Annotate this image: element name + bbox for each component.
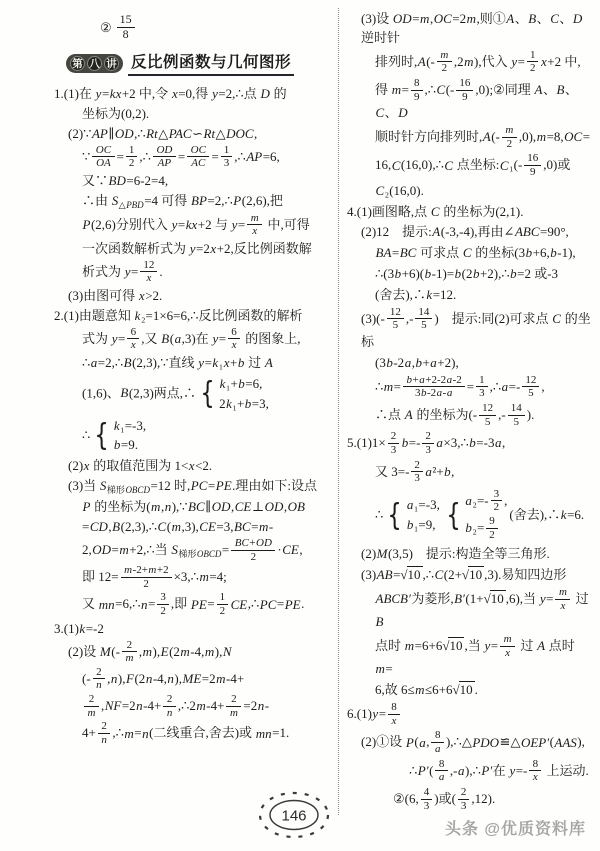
left-column-lines: 1.(1)在 y=kx+2 中,令 x=0,得 y=2,∴点 D 的坐标为(0,… xyxy=(54,85,336,748)
fraction: 2n xyxy=(93,666,106,692)
fraction: 23 xyxy=(411,459,423,485)
text-line: P 的坐标为(m,n),∵BC∥OD,CE⊥OD,OB xyxy=(54,498,336,517)
text-line: (2)12 提示:A(-3,-4),再由∠ABC=90°, xyxy=(347,223,594,242)
section-title: 反比例函数与几何图形 xyxy=(128,50,294,76)
fraction: 6x xyxy=(228,326,240,352)
fraction: 8x xyxy=(388,701,400,727)
left-column: ② 15 8 第 八 讲 反比例函数与几何图形 1.(1)在 y=kx+2 中,… xyxy=(54,8,336,749)
text-line: 式为 y=6x,又 B(a,3)在 y=6x 的图象上, xyxy=(54,327,336,353)
fraction: 32 xyxy=(491,488,503,514)
fraction-numerator: 15 xyxy=(117,13,135,28)
text-line: (2)①设 P(a,8a),∴△PDO≌△OEP′(AAS), xyxy=(347,730,594,756)
badge-char: 第 xyxy=(70,56,85,71)
text-line: 6.(1)y=8x xyxy=(347,702,594,728)
text-line: 2.(1)由题意知 k₂=1×6=6,∴反比例函数的解析 xyxy=(54,307,336,326)
square-root: √10 xyxy=(400,567,422,582)
fraction: mx xyxy=(555,586,570,612)
text-line: 又 mn=6,∴n=32,即 PE=12CE,∴PC=PE. xyxy=(54,592,336,618)
fraction: mx xyxy=(247,212,262,238)
text-line: 坐标为(0,2). xyxy=(54,105,336,124)
text-line: 排列时,A(-m2,2m),代入 y=12x+2 中, xyxy=(347,50,594,76)
text-line: ∴a=2,∴B(2,3),∵直线 y=k₁x+b 过 A xyxy=(54,354,336,373)
fraction: 169 xyxy=(456,77,473,103)
fraction: 2m xyxy=(122,639,137,665)
text-line: (2)∵AP∥OD,∴Rt△PAC∽Rt△DOC, xyxy=(54,125,336,144)
brace-cases: {k₁=-3,b=9. xyxy=(92,417,146,456)
text-line: ∴点 A 的坐标为(-125,-145). xyxy=(347,403,594,429)
text-line: ②(6,43)或(23,12). xyxy=(347,787,594,813)
fraction: 12 xyxy=(527,49,539,75)
two-column-layout: ② 15 8 第 八 讲 反比例函数与几何图形 1.(1)在 y=kx+2 中,… xyxy=(54,8,594,815)
subscript: 梯形OBCD xyxy=(178,549,222,559)
fraction: 2m xyxy=(84,693,99,719)
badge-char: 八 xyxy=(87,56,102,71)
text-line: BA=BC 可求点 C 的坐标(3b+6,b-1), xyxy=(347,244,594,263)
fraction: 125 xyxy=(522,374,539,400)
text-line: 1.(1)在 y=kx+2 中,令 x=0,得 y=2,∴点 D 的 xyxy=(54,85,336,104)
fraction-denominator: 8 xyxy=(117,28,135,42)
fraction: 145 xyxy=(508,402,525,428)
watermark: 头条 @优质资料库 xyxy=(445,816,586,839)
text-line: 2m,NF=2n-4+2n,∴2m-4+2m=2n- xyxy=(54,694,336,720)
text-line: ∴由 S△PBD=4 可得 BP=2,∴P(2,6),把 xyxy=(54,192,336,212)
page-number-ornament: 146 xyxy=(249,789,339,845)
text-line: 又 3=-23a²+b, xyxy=(347,460,594,486)
fraction: m2 xyxy=(502,124,517,150)
previous-answer-item: ② 15 8 xyxy=(54,8,336,48)
text-line: ∴{a₁=-3,b₁=9,{a₂=-32,b₂=92(舍去),∴k=6. xyxy=(347,488,594,544)
text-line: C₂(16,0). xyxy=(347,182,594,201)
text-line: (舍去),∴k=12. xyxy=(347,286,594,305)
fraction: 6x xyxy=(127,326,139,352)
fraction: 13 xyxy=(476,374,488,400)
fraction: 125 xyxy=(479,402,496,428)
text-line: (3)(-125,-145) 提示:同(2)可求点 C 的坐标 xyxy=(347,307,594,352)
square-root: √10 xyxy=(453,682,475,697)
fraction: 32 xyxy=(157,591,169,617)
fraction: mx xyxy=(500,633,515,659)
text-line: 16,C(16,0),∴C 点坐标:C₁(-169,0)或 xyxy=(347,153,594,179)
fraction: OCAC xyxy=(187,144,209,170)
text-line: P(2,6)分别代入 y=kx+2 与 y=mx 中,可得 xyxy=(54,213,336,239)
fraction: 169 xyxy=(524,152,541,178)
circled-number: ② xyxy=(100,20,112,36)
fraction: b+a+2-2a-23b-2a-a xyxy=(403,374,465,400)
text-line: ∵OCOA=12,∴ODAP=OCAC=13,∴AP=6, xyxy=(54,145,336,171)
text-line: 6,故 6≤m≤6+6√10. xyxy=(347,681,594,700)
text-line: (3)设 OD=m,OC=2m,则①A、B、C、D 逆时针 xyxy=(347,10,594,48)
fraction: 23 xyxy=(458,786,470,812)
fraction: ODAP xyxy=(153,144,176,170)
text-line: 3.(1)k=-2 xyxy=(54,620,336,639)
fraction: 12 xyxy=(126,144,138,170)
text-line: 又∵BD=6-2=4, xyxy=(54,172,336,191)
square-root: √10 xyxy=(484,591,506,606)
brace-cases: {a₁=-3,b₁=9, xyxy=(385,496,440,535)
text-line: (3)AB=√10,∴C(2+√10,3).易知四边形 xyxy=(347,566,594,585)
text-line: 顺时针方向排列时,A(-m2,0),m=8,OC= xyxy=(347,125,594,151)
text-line: 4+2n,∴m=n(二线重合,舍去)或 mn=1. xyxy=(54,721,336,747)
fraction: 8a xyxy=(435,758,448,784)
fraction: 15 8 xyxy=(117,13,135,42)
fraction: 23 xyxy=(388,430,400,456)
page-number: 146 xyxy=(281,808,306,825)
text-line: 4.(1)画图略,点 C 的坐标为(2,1). xyxy=(347,203,594,222)
text-line: ABCB′为菱形,B′(1+√10,6),当 y=mx 过 B xyxy=(347,587,594,632)
text-line: ∴m=b+a+2-2a-23b-2a-a=13,∴a=-125, xyxy=(347,375,594,401)
text-line: (3b-2a,b+a+2), xyxy=(347,354,594,373)
text-line: 析式为 y=12x. xyxy=(54,260,336,286)
fraction: 23 xyxy=(422,430,434,456)
text-line: (2)x 的取值范围为 1<x<2. xyxy=(54,457,336,476)
subscript: 梯形OBCD xyxy=(107,485,151,495)
fraction: 145 xyxy=(415,306,432,332)
fraction: BC+OD2 xyxy=(231,537,275,563)
text-line: 一次函数解析式为 y=2x+2,反比例函数解 xyxy=(54,240,336,259)
text-line: (2)设 M(-2m,m),E(2m-4,m),N xyxy=(54,640,336,666)
text-line: 2,OD=m+2,∴当 S梯形OBCD=BC+OD2·CE, xyxy=(54,538,336,564)
text-line: (3)当 S梯形OBCD=12 时,PC=PE.理由如下:设点 xyxy=(54,477,336,497)
text-line: 即 12=m-2+m+22×3,∴m=4; xyxy=(54,565,336,591)
text-line: (2)M(3,5) 提示:构造全等三角形. xyxy=(347,545,594,564)
fraction: 125 xyxy=(387,306,404,332)
fraction: 8x xyxy=(529,758,541,784)
fraction: 2n xyxy=(98,720,111,746)
text-line: 得 m=89,∴C(-169,0);②同理 A、B、C、D xyxy=(347,78,594,123)
fraction: m2 xyxy=(437,49,452,75)
text-line: ∴{k₁=-3,b=9. xyxy=(54,416,336,457)
text-line: (1,6)、B(2,3)两点,∴{k₁+b=6,2k₁+b=3, xyxy=(54,374,336,415)
fraction: 89 xyxy=(411,77,423,103)
text-line: 5.(1)1×23b=-23a×3,∴b=-3a, xyxy=(347,431,594,457)
fraction: 12 xyxy=(217,591,229,617)
text-line: 点时 m=6+6√10,当 y=mx 过 A 点时 m= xyxy=(347,634,594,679)
workbook-answer-page: ② 15 8 第 八 讲 反比例函数与几何图形 1.(1)在 y=kx+2 中,… xyxy=(0,0,600,851)
square-root: √10 xyxy=(462,567,484,582)
text-line: (3)由图可得 x>2. xyxy=(54,287,336,306)
text-line: ∴(3b+6)(b-1)=b(2b+2),∴b=2 或-3 xyxy=(347,265,594,284)
fraction: OCOA xyxy=(92,144,114,170)
subscript: △PBD xyxy=(119,200,144,210)
brace-cases: {k₁+b=6,2k₁+b=3, xyxy=(198,375,269,414)
brace-cases: {a₂=-32,b₂=92 xyxy=(444,489,508,543)
fraction: 2n xyxy=(163,693,176,719)
right-column-lines: (3)设 OD=m,OC=2m,则①A、B、C、D 逆时针排列时,A(-m2,2… xyxy=(347,10,594,813)
fraction: m-2+m+22 xyxy=(121,564,172,590)
fraction: 43 xyxy=(421,786,433,812)
section-header: 第 八 讲 反比例函数与几何图形 xyxy=(66,50,336,76)
fraction: 2m xyxy=(226,693,241,719)
square-root: √10 xyxy=(442,638,464,653)
fraction: 92 xyxy=(486,515,498,541)
fraction: 13 xyxy=(221,144,233,170)
badge-char: 讲 xyxy=(104,56,119,71)
lecture-badge: 第 八 讲 xyxy=(66,54,123,73)
text-line: =CD,B(2,3),∴C(m,3),CE=3,BC=m- xyxy=(54,518,336,537)
text-line: (-2n,n),F(2n-4,n),ME=2m-4+ xyxy=(54,667,336,693)
right-column: (3)设 OD=m,OC=2m,则①A、B、C、D 逆时针排列时,A(-m2,2… xyxy=(339,8,594,815)
fraction: 12x xyxy=(140,259,157,285)
text-line: ∴P′(8a,-a),∴P′在 y=-8x 上运动. xyxy=(347,759,594,785)
fraction: 8a xyxy=(431,729,444,755)
